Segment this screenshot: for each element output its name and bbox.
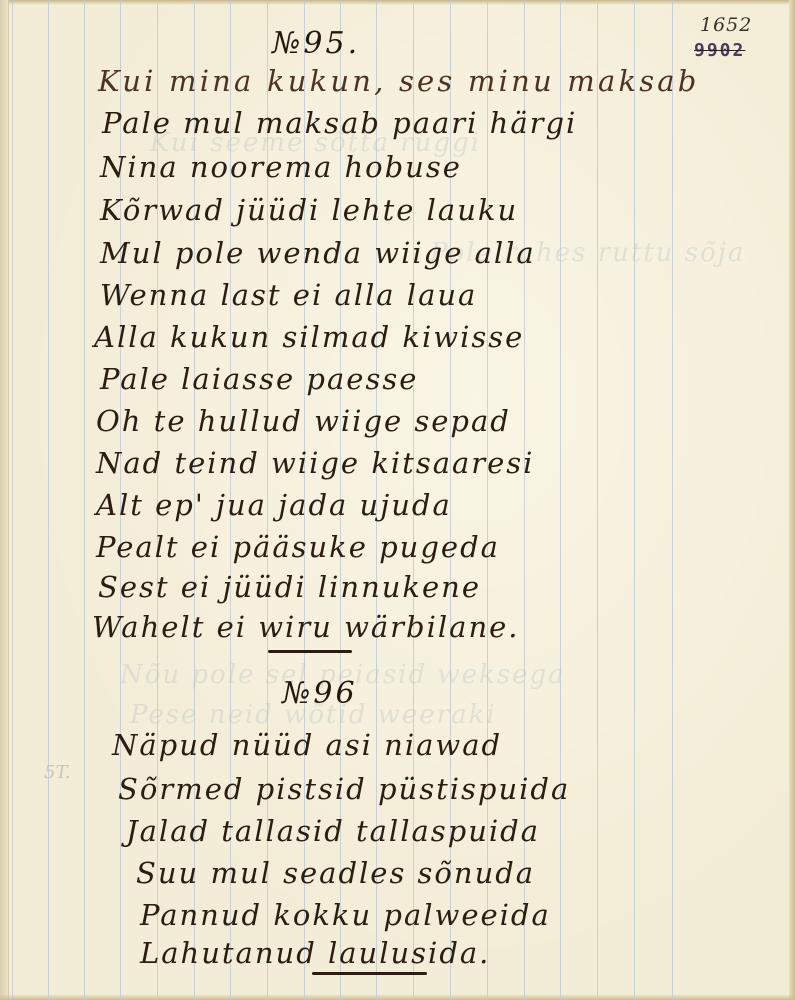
verse-line: Pannud kokku palweeida bbox=[140, 898, 551, 932]
verse-line: Kui mina kukun, ses minu maksab bbox=[98, 64, 700, 98]
section-divider bbox=[268, 650, 352, 653]
ruled-line bbox=[48, 0, 49, 1000]
verse-line: Kõrwad jüüdi lehte lauku bbox=[100, 193, 518, 227]
verse-line: Wenna last ei alla laua bbox=[100, 278, 477, 312]
archive-number: 1652 bbox=[700, 14, 778, 36]
paper-right-edge bbox=[789, 0, 795, 1000]
margin-note: 5T. bbox=[44, 762, 71, 783]
verse-line: Alt ep' jua jada ujuda bbox=[96, 488, 452, 522]
verse-line: Suu mul seadles sõnuda bbox=[136, 856, 535, 890]
verse-line: Nad teind wiige kitsaaresi bbox=[96, 446, 534, 480]
verse-line: Sõrmed pistsid püstispuida bbox=[118, 772, 570, 806]
verse-line: Alla kukun silmad kiwisse bbox=[94, 320, 524, 354]
ruled-line bbox=[672, 0, 673, 1000]
manuscript-page: Kui seeme sõtta ruggi Pole rahes ruttu s… bbox=[0, 0, 795, 1000]
verse-line: Pale mul maksab paari härgi bbox=[102, 106, 577, 140]
song-heading: №95. bbox=[272, 26, 360, 61]
ruled-line bbox=[634, 0, 635, 1000]
paper-binding-edge bbox=[0, 0, 9, 1000]
verse-line: Näpud nüüd asi niawad bbox=[112, 728, 502, 762]
verse-line: Pealt ei pääsuke pugeda bbox=[96, 530, 500, 564]
song-heading: №96 bbox=[282, 676, 358, 711]
ruled-line bbox=[560, 0, 561, 1000]
ruled-line bbox=[524, 0, 525, 1000]
verse-line: Oh te hullud wiige sepad bbox=[96, 404, 511, 438]
verse-line: Sest ei jüüdi linnukene bbox=[98, 570, 481, 604]
verse-line: Lahutanud laulusida. bbox=[140, 936, 490, 970]
archive-number-block: 1652 9902 bbox=[698, 14, 778, 61]
ruled-line bbox=[12, 0, 13, 1000]
verse-line: Wahelt ei wiru wärbilane. bbox=[92, 610, 520, 644]
archive-number-struck: 9902 bbox=[694, 40, 778, 61]
verse-line: Mul pole wenda wiige alla bbox=[100, 236, 536, 270]
ruled-line bbox=[597, 0, 598, 1000]
verse-line: Nina noorema hobuse bbox=[100, 150, 462, 184]
verse-line: Jalad tallasid tallaspuida bbox=[126, 814, 540, 848]
ruled-line bbox=[84, 0, 85, 1000]
ruled-line bbox=[487, 0, 488, 1000]
verse-line: Pale laiasse paesse bbox=[100, 362, 418, 396]
section-divider bbox=[312, 972, 427, 975]
